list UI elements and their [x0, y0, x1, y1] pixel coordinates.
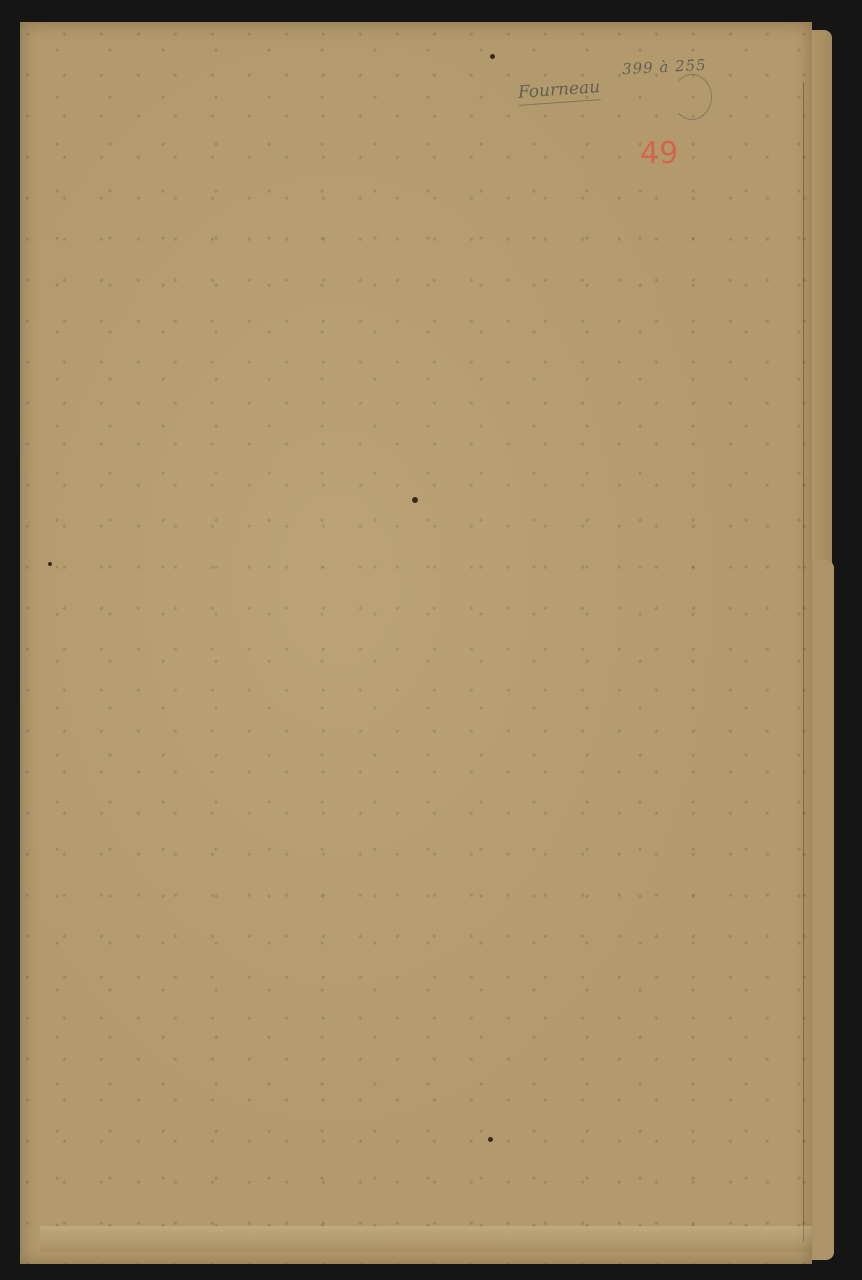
red-folio-number: 49	[640, 136, 678, 171]
ink-speck	[412, 497, 418, 503]
ink-speck	[48, 562, 52, 566]
pencil-loop-mark	[672, 74, 712, 120]
folder-cover	[20, 22, 812, 1264]
bottom-fold	[40, 1226, 812, 1252]
fold-line	[803, 82, 804, 1242]
ink-speck	[488, 1137, 493, 1142]
ink-speck	[490, 54, 495, 59]
